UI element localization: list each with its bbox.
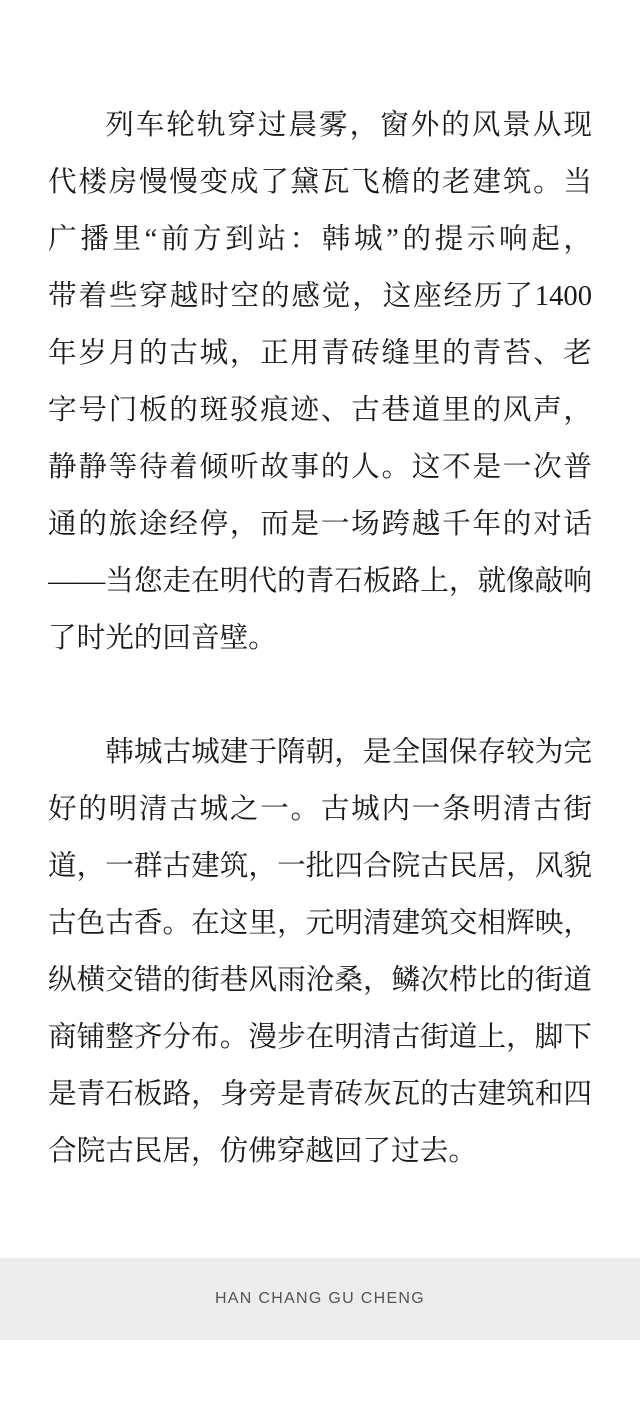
text-line: 字号门板的斑驳痕迹、古巷道里的风声， [48,382,592,439]
text-line: 纵横交错的街巷风雨沧桑，鳞次栉比的街道 [48,952,592,1009]
text-line: 代楼房慢慢变成了黛瓦飞檐的老建筑。当 [48,154,592,211]
article-body: 列车轮轨穿过晨雾，窗外的风景从现代楼房慢慢变成了黛瓦飞檐的老建筑。当广播里“前方… [0,0,640,1180]
article-page: 列车轮轨穿过晨雾，窗外的风景从现代楼房慢慢变成了黛瓦飞檐的老建筑。当广播里“前方… [0,0,640,1416]
footer-caption: HAN CHANG GU CHENG [215,1290,425,1308]
text-line: 古色古香。在这里，元明清建筑交相辉映， [48,895,592,952]
text-line: 静静等待着倾听故事的人。这不是一次普 [48,439,592,496]
footer-banner: HAN CHANG GU CHENG [0,1258,640,1340]
text-line: 列车轮轨穿过晨雾，窗外的风景从现 [48,97,592,154]
paragraph-history: 韩城古城建于隋朝，是全国保存较为完好的明清古城之一。古城内一条明清古街道，一群古… [48,724,592,1180]
text-line: ——当您走在明代的青石板路上，就像敲响 [48,553,592,610]
text-line: 带着些穿越时空的感觉，这座经历了1400 [48,268,592,325]
text-line: 好的明清古城之一。古城内一条明清古街 [48,781,592,838]
text-line: 广播里“前方到站：韩城”的提示响起， [48,211,592,268]
text-line: 道，一群古建筑，一批四合院古民居，风貌 [48,838,592,895]
text-line: 商铺整齐分布。漫步在明清古街道上，脚下 [48,1009,592,1066]
text-line: 是青石板路，身旁是青砖灰瓦的古建筑和四 [48,1066,592,1123]
text-line: 通的旅途经停，而是一场跨越千年的对话 [48,496,592,553]
paragraph-intro: 列车轮轨穿过晨雾，窗外的风景从现代楼房慢慢变成了黛瓦飞檐的老建筑。当广播里“前方… [48,97,592,667]
text-line: 年岁月的古城，正用青砖缝里的青苔、老 [48,325,592,382]
text-line: 了时光的回音壁。 [48,610,592,667]
text-line: 合院古民居，仿佛穿越回了过去。 [48,1123,592,1180]
text-line: 韩城古城建于隋朝，是全国保存较为完 [48,724,592,781]
